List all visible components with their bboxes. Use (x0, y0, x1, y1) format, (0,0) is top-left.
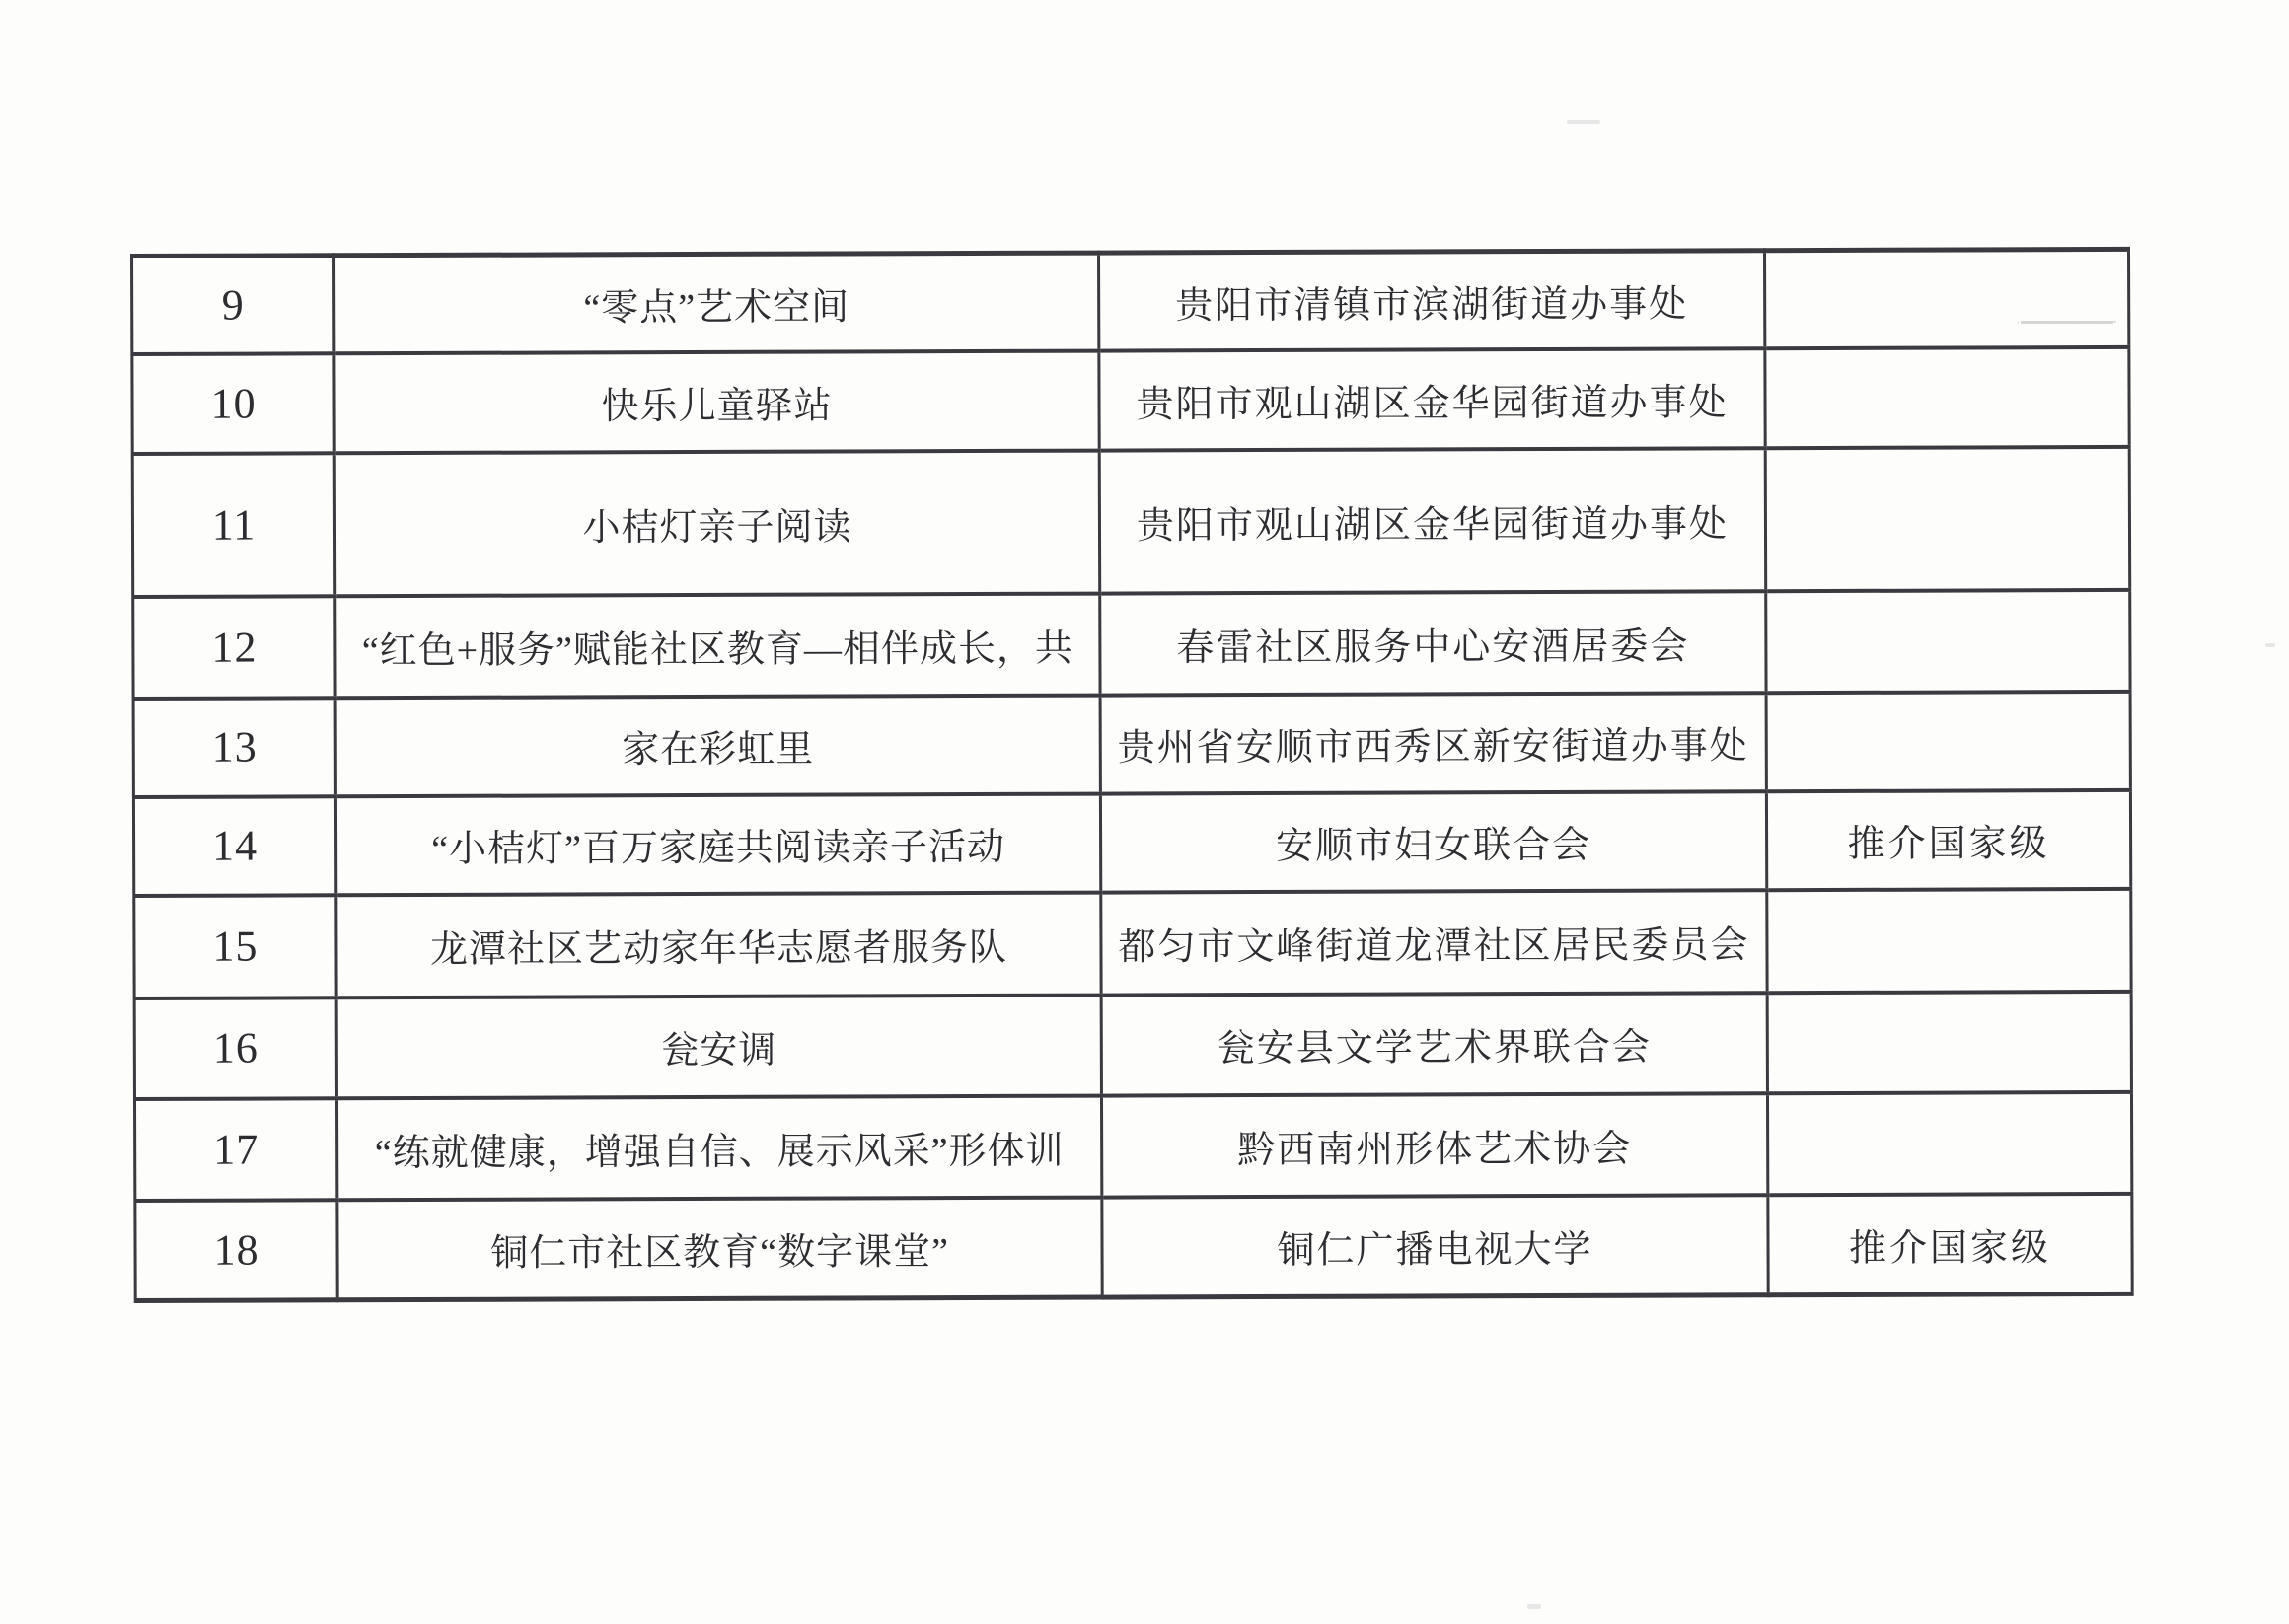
cell-no: 13 (133, 698, 335, 797)
cell-name: 瓮安调 (336, 995, 1101, 1098)
cell-no: 10 (132, 353, 334, 454)
cell-remark (1766, 691, 2130, 790)
cell-organization: 铜仁广播电视大学 (1102, 1195, 1768, 1297)
cell-remark: 推介国家级 (1766, 789, 2130, 889)
table-row: 10快乐儿童驿站贵阳市观山湖区金华园街道办事处 (132, 346, 2129, 453)
cell-organization: 贵州省安顺市西秀区新安街道办事处 (1100, 693, 1766, 793)
scanned-document-page: 9“零点”艺术空间贵阳市清镇市滨湖街道办事处10快乐儿童驿站贵阳市观山湖区金华园… (0, 0, 2289, 1624)
cell-name: 龙潭社区艺动家年华志愿者服务队 (336, 892, 1101, 997)
table-row: 16瓮安调瓮安县文学艺术界联合会 (134, 991, 2131, 1098)
cell-organization: 贵阳市观山湖区金华园街道办事处 (1099, 348, 1765, 450)
cell-organization: 贵阳市观山湖区金华园街道办事处 (1099, 448, 1766, 593)
cell-no: 18 (135, 1200, 337, 1301)
scan-smudge (1567, 120, 1600, 124)
cell-organization: 贵阳市清镇市滨湖街道办事处 (1099, 251, 1765, 350)
cell-remark (1766, 589, 2130, 692)
cell-no: 16 (134, 997, 336, 1099)
cell-remark (1764, 249, 2128, 347)
table-row: 14“小桔灯”百万家庭共阅读亲子活动安顺市妇女联合会推介国家级 (133, 789, 2130, 895)
cell-organization: 春雷社区服务中心安酒居委会 (1100, 591, 1766, 695)
cell-organization: 瓮安县文学艺术界联合会 (1101, 993, 1767, 1095)
cell-no: 14 (133, 796, 335, 896)
cell-remark (1767, 888, 2131, 992)
table-row: 9“零点”艺术空间贵阳市清镇市滨湖街道办事处 (132, 249, 2129, 353)
cell-remark (1765, 446, 2130, 590)
cell-organization: 黔西南州形体艺术协会 (1101, 1093, 1767, 1197)
cell-remark: 推介国家级 (1768, 1193, 2132, 1294)
cell-name: “零点”艺术空间 (334, 253, 1099, 353)
cell-name: 铜仁市社区教育“数字课堂” (337, 1197, 1102, 1300)
cell-remark (1767, 991, 2131, 1092)
table-row: 17“练就健康，增强自信、展示风采”形体训黔西南州形体艺术协会 (134, 1091, 2131, 1200)
cell-no: 11 (132, 453, 335, 597)
cell-organization: 安顺市妇女联合会 (1100, 791, 1766, 892)
cell-organization: 都匀市文峰街道龙潭社区居民委员会 (1101, 890, 1767, 995)
table-row: 13家在彩虹里贵州省安顺市西秀区新安街道办事处 (133, 691, 2130, 796)
cell-name: 家在彩虹里 (335, 695, 1100, 796)
table-row: 18铜仁市社区教育“数字课堂”铜仁广播电视大学推介国家级 (135, 1193, 2132, 1300)
scan-smudge (1527, 1604, 1541, 1609)
cell-name: 快乐儿童驿站 (334, 350, 1099, 453)
cell-name: “练就健康，增强自信、展示风采”形体训 (336, 1095, 1101, 1200)
scan-smudge (2265, 643, 2275, 647)
cell-no: 17 (134, 1098, 336, 1201)
cell-remark (1767, 1091, 2131, 1194)
cell-name: 小桔灯亲子阅读 (334, 450, 1100, 596)
cell-no: 9 (132, 256, 334, 354)
table-row: 11小桔灯亲子阅读贵阳市观山湖区金华园街道办事处 (132, 446, 2129, 596)
cell-no: 15 (134, 895, 336, 998)
cell-no: 12 (133, 596, 335, 699)
table-body: 9“零点”艺术空间贵阳市清镇市滨湖街道办事处10快乐儿童驿站贵阳市观山湖区金华园… (132, 249, 2133, 1300)
table-row: 12“红色+服务”赋能社区教育—相伴成长，共春雷社区服务中心安酒居委会 (133, 589, 2130, 698)
results-table: 9“零点”艺术空间贵阳市清镇市滨湖街道办事处10快乐儿童驿站贵阳市观山湖区金华园… (130, 247, 2134, 1303)
cell-name: “小桔灯”百万家庭共阅读亲子活动 (335, 793, 1100, 895)
table-row: 15龙潭社区艺动家年华志愿者服务队都匀市文峰街道龙潭社区居民委员会 (134, 888, 2131, 997)
cell-remark (1765, 346, 2129, 447)
cell-name: “红色+服务”赋能社区教育—相伴成长，共 (335, 593, 1100, 698)
